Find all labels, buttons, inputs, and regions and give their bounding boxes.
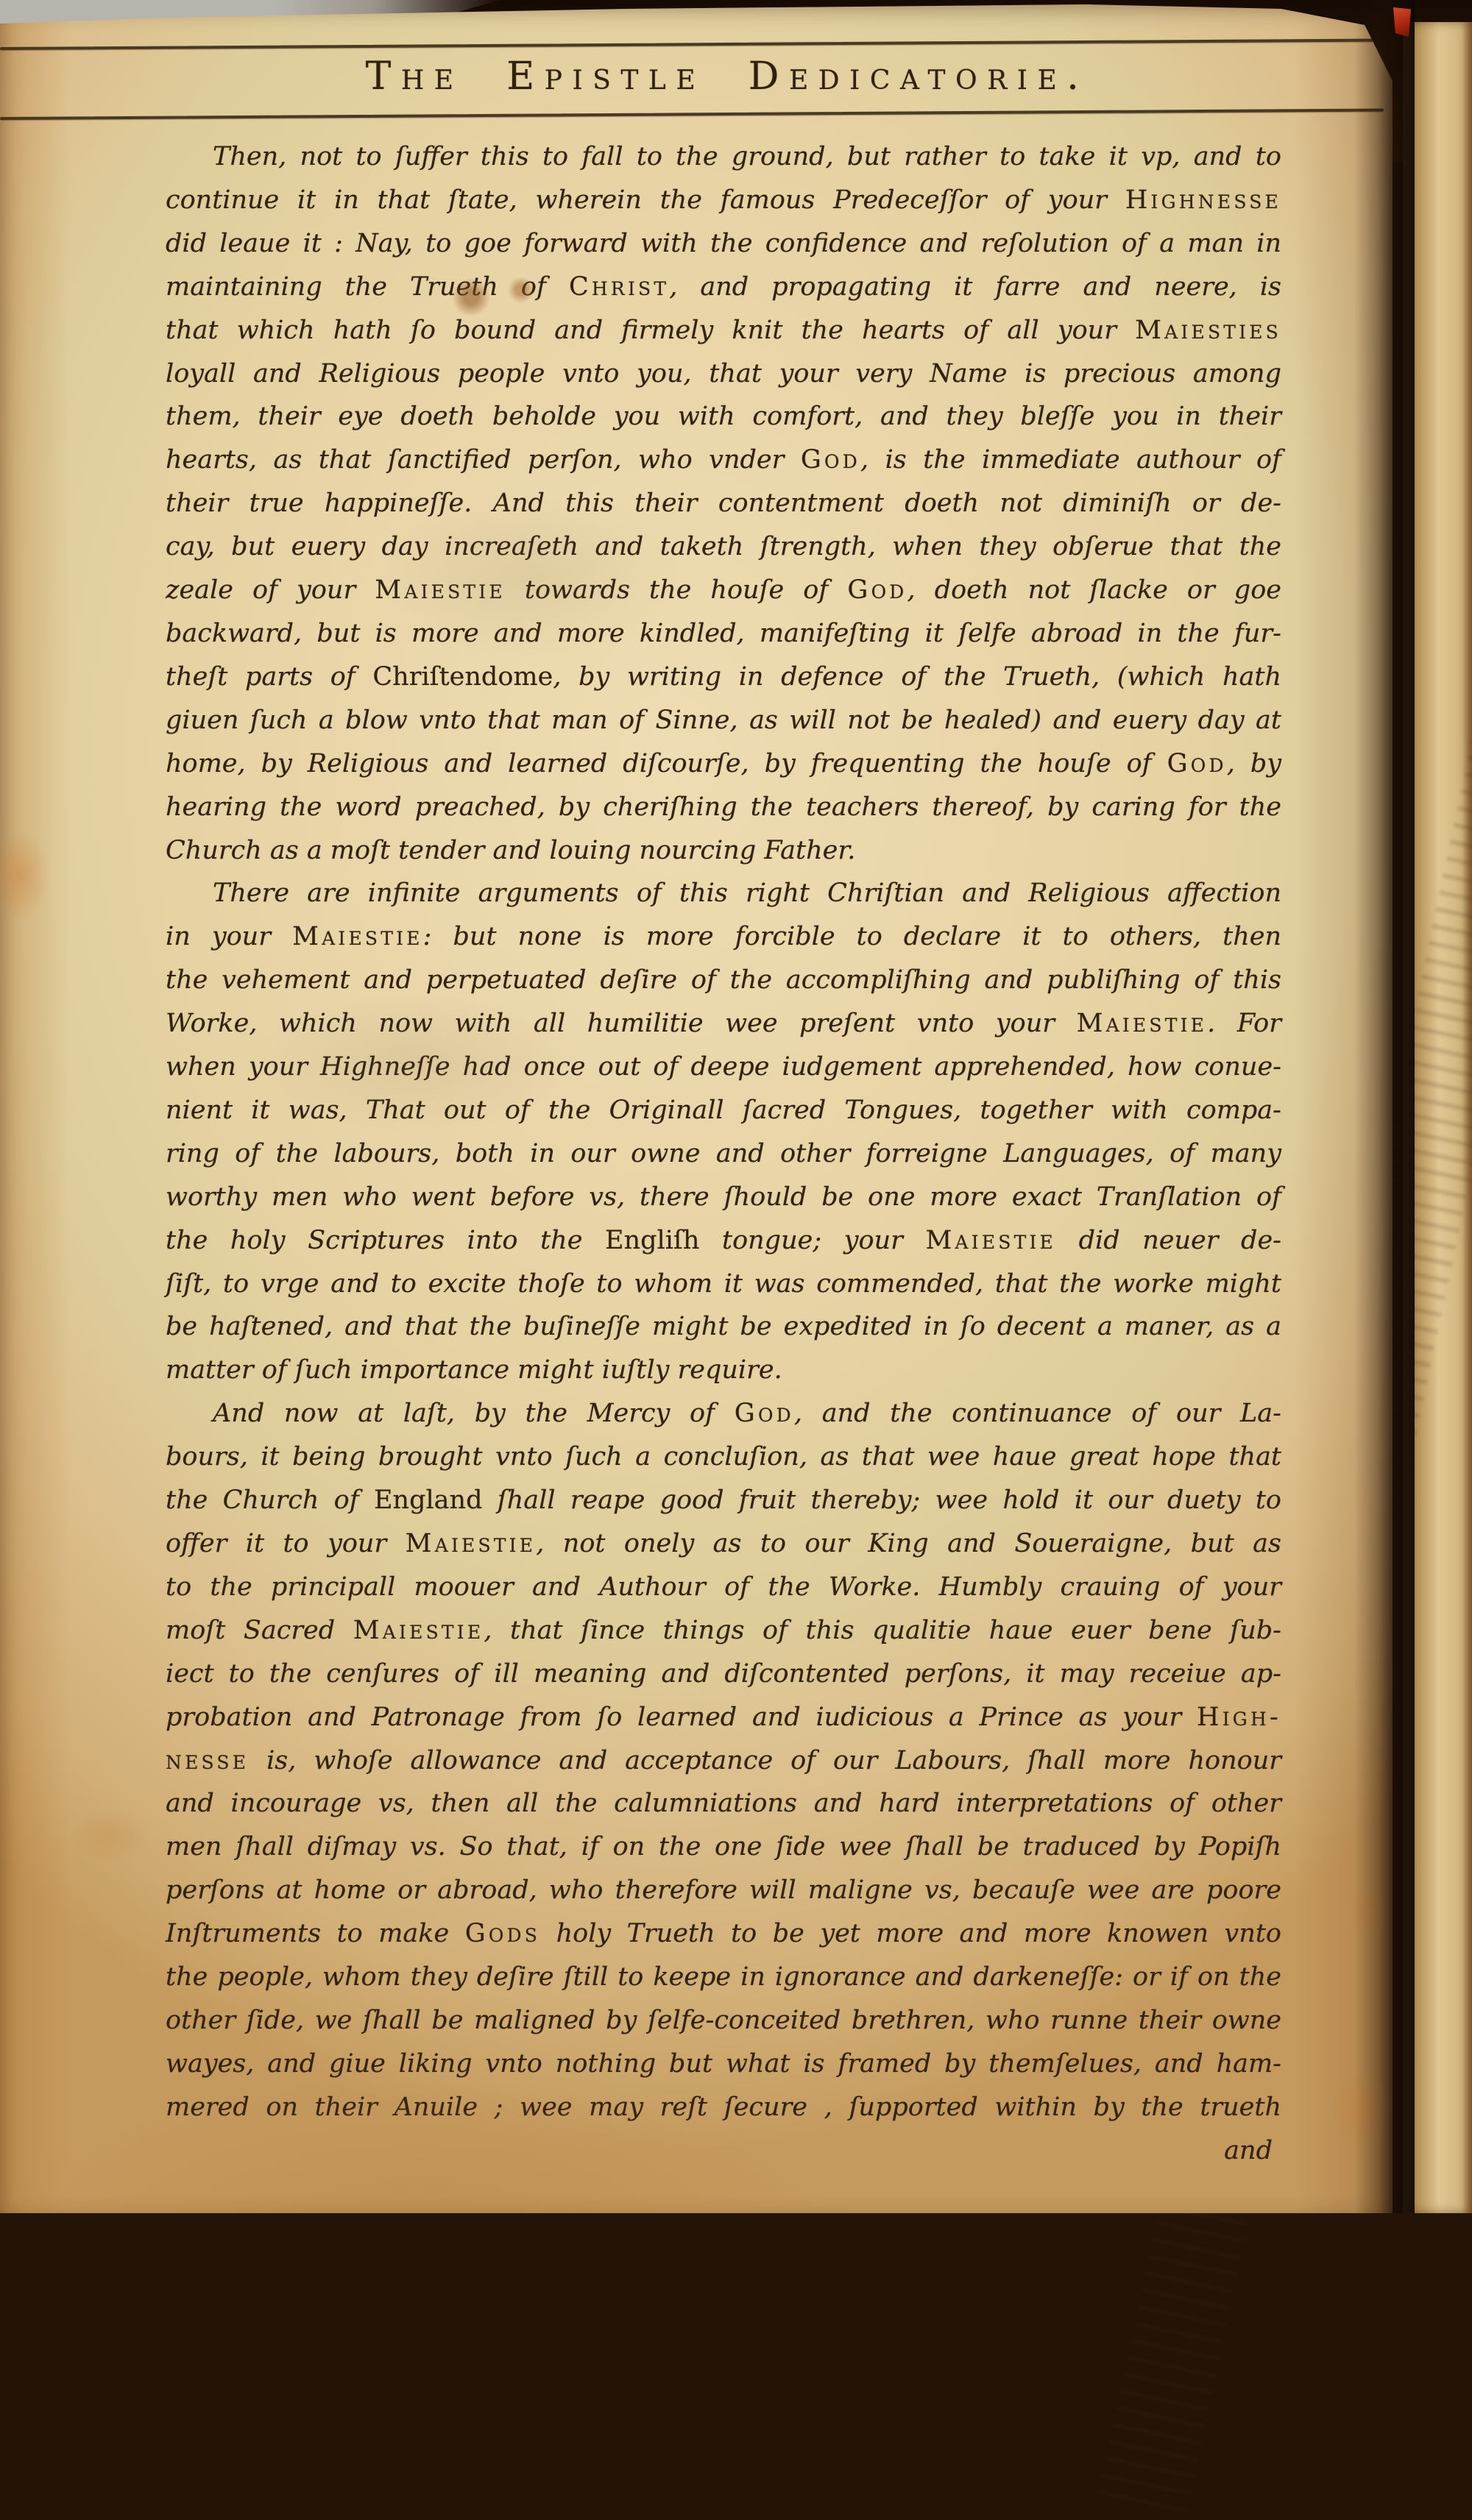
text-segment: home, by Religious and learned diſcourſe… (166, 749, 1167, 778)
text-segment: when your Highneſſe had once out of deep… (166, 1052, 1281, 1082)
bookmark-ribbon (1393, 7, 1411, 37)
text-segment: ſhall reape good fruit thereby; wee hold… (483, 1486, 1281, 1515)
text-line: when your Highneſſe had once out of deep… (166, 1046, 1281, 1089)
text-line: the people, whom they deſire ſtill to ke… (166, 1956, 1281, 1999)
text-segment: , not onely as to our King and Soueraign… (536, 1529, 1281, 1558)
text-segment: Inſtruments to make (166, 1919, 465, 1948)
text-segment: , that ſince things of this qualitie hau… (484, 1616, 1281, 1645)
text-segment: . For (1207, 1009, 1281, 1038)
smallcaps-word: Maiestie (925, 1226, 1056, 1255)
text-line: nesse is, whoſe allowance and acceptance… (166, 1739, 1281, 1783)
text-segment: There are infinite arguments of this rig… (213, 879, 1281, 908)
text-line: hearts, as that ſanctified perſon, who v… (166, 439, 1281, 482)
text-segment: Engliſh (605, 1226, 699, 1255)
text-line: that which hath ſo bound and firmely kni… (166, 309, 1281, 352)
text-segment: Church as a moſt tender and louing nourc… (166, 836, 855, 865)
catchword-row: and (166, 2129, 1281, 2173)
text-line: in your Maiestie: but none is more forci… (166, 915, 1281, 959)
text-segment: the Church of (166, 1486, 374, 1515)
text-segment: cay, but euery day increaſeth and taketh… (166, 532, 1281, 561)
text-line: perſons at home or abroad, who therefore… (166, 1869, 1281, 1912)
smallcaps-word: God (801, 445, 860, 475)
text-line: continue it in that ſtate, wherein the f… (166, 179, 1281, 222)
text-segment: , and propagating it farre and neere, is (669, 272, 1281, 302)
text-line: And now at laſt, by the Mercy of God, an… (166, 1392, 1281, 1435)
text-segment: their true happineſſe. And this their co… (166, 489, 1281, 518)
text-line: moſt Sacred Maiestie, that ſince things … (166, 1609, 1281, 1653)
text-line: other ſide, we ſhall be maligned by ſelf… (166, 1999, 1281, 2042)
book-page: The Epistle Dedicatorie. Then, not to ſu… (0, 0, 1393, 2213)
text-segment: matter of ſuch importance might iuſtly r… (166, 1355, 782, 1385)
page-title: The Epistle Dedicatorie. (366, 54, 1089, 99)
text-line: probation and Patronage from ſo learned … (166, 1696, 1281, 1739)
book-photo: The Epistle Dedicatorie. Then, not to ſu… (0, 0, 1472, 2213)
text-segment: Then, not to ſuffer this to fall to the … (213, 142, 1281, 171)
text-segment: perſons at home or abroad, who therefore… (166, 1875, 1281, 1905)
text-line: backward, but is more and more kindled, … (166, 612, 1281, 656)
text-line: be haſtened, and that the buſineſſe migh… (166, 1305, 1281, 1349)
page-header: The Epistle Dedicatorie. (31, 54, 1423, 99)
text-segment: nient it was, That out of the Originall … (166, 1096, 1281, 1125)
smallcaps-word: God (735, 1399, 794, 1428)
text-segment: , is the immediate authour of (860, 445, 1281, 475)
smallcaps-word: Maiesties (1135, 316, 1281, 345)
text-segment: continue it in that ſtate, wherein the f… (166, 185, 1125, 215)
text-segment: , by (1227, 749, 1281, 778)
text-segment: hearing the word preached, by cheriſhing… (166, 792, 1281, 822)
smallcaps-word: High- (1197, 1703, 1281, 1732)
smallcaps-word: Maiestie (1077, 1009, 1208, 1038)
text-segment: tongue; your (699, 1226, 925, 1255)
text-line: iect to the cenſures of ill meaning and … (166, 1653, 1281, 1696)
smallcaps-word: Maiestie (292, 922, 423, 951)
text-segment: holy Trueth to be yet more and more know… (540, 1919, 1281, 1948)
text-segment: Chriſtendome (372, 662, 553, 692)
text-segment: them, their eye doeth beholde you with c… (166, 402, 1281, 431)
text-segment: towards the houſe of (506, 575, 848, 605)
text-line: the vehement and perpetuated deſire of t… (166, 959, 1281, 1002)
header-rule (0, 109, 1384, 120)
smallcaps-word: God (847, 575, 907, 605)
text-line: the holy Scriptures into the Engliſh ton… (166, 1219, 1281, 1263)
text-segment: that which hath ſo bound and firmely kni… (166, 316, 1135, 345)
text-line: Inſtruments to make Gods holy Trueth to … (166, 1912, 1281, 1956)
smallcaps-word: Christ (569, 272, 669, 302)
text-line: worthy men who went before vs, there ſho… (166, 1176, 1281, 1219)
text-line: the Church of England ſhall reape good f… (166, 1479, 1281, 1522)
text-segment: the holy Scriptures into the (166, 1226, 605, 1255)
text-line: ſiſt, to vrge and to excite thoſe to who… (166, 1263, 1281, 1306)
text-segment: theſt parts of (166, 662, 372, 692)
text-segment: loyall and Religious people vnto you, th… (166, 359, 1281, 388)
text-line: their true happineſſe. And this their co… (166, 482, 1281, 525)
text-segment: , and the continuance of our La- (794, 1399, 1281, 1428)
text-segment: maintaining the Trueth of (166, 272, 569, 302)
text-line: nient it was, That out of the Originall … (166, 1089, 1281, 1132)
text-segment: the vehement and perpetuated deſire of t… (166, 965, 1281, 995)
text-segment: bours, it being brought vnto ſuch a conc… (166, 1442, 1281, 1472)
smallcaps-word: Gods (465, 1919, 540, 1948)
text-line: Worke, which now with all humilitie wee … (166, 1002, 1281, 1046)
text-segment: other ſide, we ſhall be maligned by ſelf… (166, 2006, 1281, 2035)
text-segment: offer it to your (166, 1529, 406, 1558)
text-segment: , doeth not ſlacke or goe (907, 575, 1281, 605)
text-segment: and incourage vs, then all the calumniat… (166, 1789, 1281, 1818)
text-line: giuen ſuch a blow vnto that man of Sinne… (166, 699, 1281, 742)
text-segment: hearts, as that ſanctified perſon, who v… (166, 445, 801, 475)
text-segment: And now at laſt, by the Mercy of (213, 1399, 735, 1428)
text-segment: wayes, and giue liking vnto nothing but … (166, 2049, 1281, 2079)
text-line: cay, but euery day increaſeth and taketh… (166, 525, 1281, 569)
text-line: men ſhall diſmay vs. So that, if on the … (166, 1825, 1281, 1869)
text-line: ring of the labours, both in our owne an… (166, 1132, 1281, 1176)
text-segment: did neuer de- (1056, 1226, 1281, 1255)
text-segment: ring of the labours, both in our owne an… (166, 1139, 1281, 1168)
smallcaps-word: Maiestie (375, 575, 506, 605)
catchword: and (1224, 2136, 1273, 2165)
smallcaps-word: Highnesse (1125, 185, 1281, 215)
text-line: mered on their Anuile ; wee may reſt ſec… (166, 2086, 1281, 2129)
text-segment: to the principall moouer and Authour of … (166, 1572, 1281, 1602)
text-line: and incourage vs, then all the calumniat… (166, 1782, 1281, 1825)
text-segment: , by writing in defence of the Trueth, (… (553, 662, 1281, 692)
text-line: loyall and Religious people vnto you, th… (166, 352, 1281, 396)
text-segment: giuen ſuch a blow vnto that man of Sinne… (166, 706, 1281, 735)
text-segment: ſiſt, to vrge and to excite thoſe to who… (166, 1269, 1281, 1299)
text-line: zeale of your Maiestie towards the houſe… (166, 569, 1281, 612)
text-segment: England (374, 1486, 483, 1515)
text-segment: be haſtened, and that the buſineſſe migh… (166, 1312, 1281, 1341)
top-rule (0, 39, 1384, 50)
text-line: Church as a moſt tender and louing nourc… (166, 829, 1281, 873)
text-segment: probation and Patronage from ſo learned … (166, 1703, 1197, 1732)
text-segment: Worke, which now with all humilitie wee … (166, 1009, 1077, 1038)
text-line: Then, not to ſuffer this to fall to the … (166, 135, 1281, 179)
text-segment: zeale of your (166, 575, 375, 605)
text-segment: the people, whom they deſire ſtill to ke… (166, 1962, 1281, 1992)
text-line: wayes, and giue liking vnto nothing but … (166, 2042, 1281, 2086)
text-segment: in your (166, 922, 292, 951)
text-line: home, by Religious and learned diſcourſe… (166, 742, 1281, 786)
text-segment: iect to the cenſures of ill meaning and … (166, 1659, 1281, 1689)
text-line: maintaining the Trueth of Christ, and pr… (166, 266, 1281, 309)
text-line: offer it to your Maiestie, not onely as … (166, 1522, 1281, 1566)
text-line: There are infinite arguments of this rig… (166, 872, 1281, 915)
smallcaps-word: God (1167, 749, 1227, 778)
text-segment: mered on their Anuile ; wee may reſt ſec… (166, 2093, 1281, 2122)
smallcaps-word: Maiestie (353, 1616, 484, 1645)
smallcaps-word: nesse (166, 1746, 249, 1775)
text-line: them, their eye doeth beholde you with c… (166, 395, 1281, 439)
text-segment: : but none is more forcible to declare i… (423, 922, 1281, 951)
text-segment: did leaue it : Nay, to goe forward with … (166, 229, 1281, 258)
text-segment: is, whoſe allowance and acceptance of ou… (249, 1746, 1281, 1775)
text-segment: men ſhall diſmay vs. So that, if on the … (166, 1832, 1281, 1861)
gutter-shadow (1354, 0, 1415, 2213)
text-line: theſt parts of Chriſtendome, by writing … (166, 656, 1281, 699)
smallcaps-word: Maiestie (406, 1529, 537, 1558)
body-text: Then, not to ſuffer this to fall to the … (166, 135, 1281, 2173)
text-line: to the principall moouer and Authour of … (166, 1566, 1281, 1609)
text-line: did leaue it : Nay, to goe forward with … (166, 222, 1281, 266)
text-segment: worthy men who went before vs, there ſho… (166, 1182, 1281, 1212)
text-segment: backward, but is more and more kindled, … (166, 619, 1281, 648)
text-line: bours, it being brought vnto ſuch a conc… (166, 1435, 1281, 1479)
text-segment: moſt Sacred (166, 1616, 353, 1645)
text-line: matter of ſuch importance might iuſtly r… (166, 1349, 1281, 1392)
text-line: hearing the word preached, by cheriſhing… (166, 786, 1281, 829)
